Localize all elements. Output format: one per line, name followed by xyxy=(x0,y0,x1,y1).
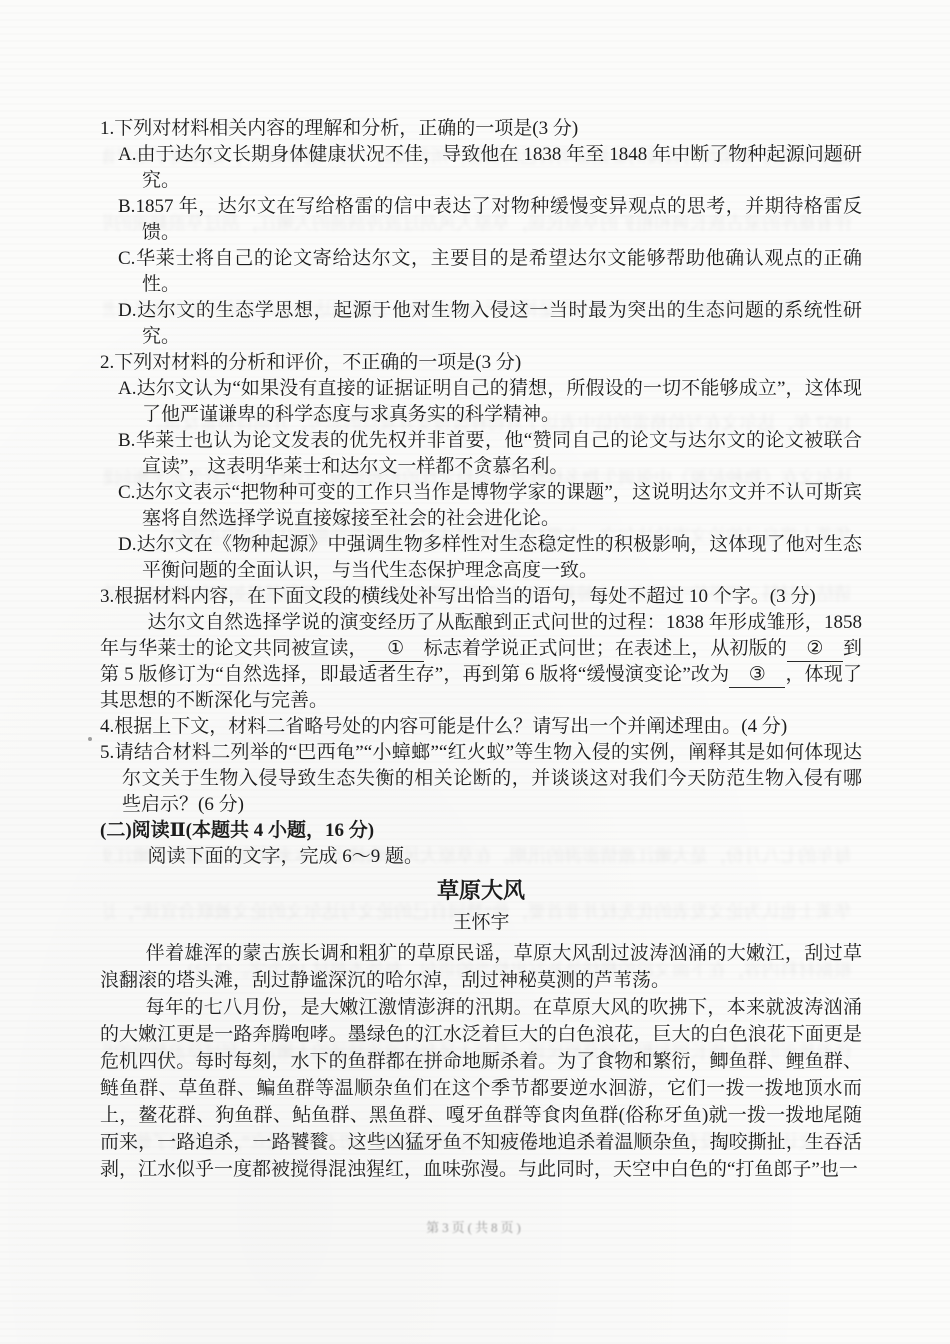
question-1-stem: 1.下列对材料相关内容的理解和分析，正确的一项是(3 分) xyxy=(100,116,862,142)
question-4-number: 4. xyxy=(100,716,114,737)
option-label: D. xyxy=(118,300,136,321)
option-label: A. xyxy=(118,144,136,165)
question-4-text: 根据上下文，材料二省略号处的内容可能是什么？请写出一个并阐述理由。(4 分) xyxy=(114,716,787,737)
question-1-number: 1. xyxy=(100,118,114,139)
option-label: B. xyxy=(118,430,135,451)
option-text: 达尔文认为“如果没有直接的证据证明自己的猜想，所假设的一切不能够成立”，这体现了… xyxy=(136,378,862,425)
option-text: 1857 年，达尔文在写给格雷的信中表达了对物种缓慢变异观点的思考，并期待格雷反… xyxy=(135,196,862,243)
option-label: C. xyxy=(118,248,135,269)
question-3-text: 根据材料内容，在下面文段的横线处补写出恰当的语句，每处不超过 10 个字。(3 … xyxy=(114,586,815,607)
question-5-text: 请结合材料二列举的“巴西龟”“小蟑螂”“红火蚁”等生物入侵的实例，阐释其是如何体… xyxy=(114,742,862,815)
question-5-stem: 5.请结合材料二列举的“巴西龟”“小蟑螂”“红火蚁”等生物入侵的实例，阐释其是如… xyxy=(100,740,862,818)
fill-blank-1: ① xyxy=(368,638,424,662)
question-3-number: 3. xyxy=(100,586,114,607)
question-2-option-b: B.华莱士也认为论文发表的优先权并非首要，他“赞同自己的论文与达尔文的论文被联合… xyxy=(100,428,862,480)
question-3-stem: 3.根据材料内容，在下面文段的横线处补写出恰当的语句，每处不超过 10 个字。(… xyxy=(100,584,862,610)
option-text: 华莱士将自己的论文寄给达尔文，主要目的是希望达尔文能够帮助他确认观点的正确性。 xyxy=(135,248,862,295)
question-2-number: 2. xyxy=(100,352,114,373)
question-1-option-b: B.1857 年，达尔文在写给格雷的信中表达了对物种缓慢变异观点的思考，并期待格… xyxy=(100,194,862,246)
essay-author: 王怀宇 xyxy=(100,909,862,937)
option-label: A. xyxy=(118,378,136,399)
section-2-heading: (二)阅读Ⅱ(本题共 4 小题，16 分) xyxy=(100,818,862,844)
question-4-stem: 4.根据上下文，材料二省略号处的内容可能是什么？请写出一个并阐述理由。(4 分) xyxy=(100,714,862,740)
question-1-option-d: D.达尔文的生态学思想，起源于他对生物入侵这一当时最为突出的生态问题的系统性研究… xyxy=(100,298,862,350)
question-2-option-d: D.达尔文在《物种起源》中强调生物多样性对生态稳定性的积极影响，这体现了他对生态… xyxy=(100,532,862,584)
section-2-instruction: 阅读下面的文字，完成 6～9 题。 xyxy=(100,844,862,870)
option-text: 达尔文表示“把物种可变的工作只当作是博物学家的课题”，这说明达尔文并不认可斯宾塞… xyxy=(135,482,862,529)
question-2-option-a: A.达尔文认为“如果没有直接的证据证明自己的猜想，所假设的一切不能够成立”，这体… xyxy=(100,376,862,428)
question-2-option-c: C.达尔文表示“把物种可变的工作只当作是博物学家的课题”，这说明达尔文并不认可斯… xyxy=(100,480,862,532)
page-footer: 第3页(共8页) xyxy=(0,1217,950,1236)
fill-segment: 标志着学说正式问世；在表述上，从初版的 xyxy=(424,638,787,659)
question-3-fill-passage: 达尔文自然选择学说的演变经历了从酝酿到正式问世的过程：1838 年形成雏形，18… xyxy=(100,610,862,714)
essay-paragraph-1: 伴着雄浑的蒙古族长调和粗犷的草原民谣，草原大风刮过波涛汹涌的大嫩江，刮过草浪翻滚… xyxy=(100,940,862,994)
option-label: D. xyxy=(118,534,136,555)
question-1-option-c: C.华莱士将自己的论文寄给达尔文，主要目的是希望达尔文能够帮助他确认观点的正确性… xyxy=(100,246,862,298)
essay-paragraph-2: 每年的七八月份，是大嫩江激情澎湃的汛期。在草原大风的吹拂下，本来就波涛汹涌的大嫩… xyxy=(100,994,862,1183)
option-label: B. xyxy=(118,196,135,217)
question-1-text: 下列对材料相关内容的理解和分析，正确的一项是(3 分) xyxy=(114,118,578,139)
option-label: C. xyxy=(118,482,135,503)
question-5-number: 5. xyxy=(100,742,114,763)
question-2-stem: 2.下列对材料的分析和评价，不正确的一项是(3 分) xyxy=(100,350,862,376)
question-2-text: 下列对材料的分析和评价，不正确的一项是(3 分) xyxy=(114,352,521,373)
option-text: 达尔文在《物种起源》中强调生物多样性对生态稳定性的积极影响，这体现了他对生态平衡… xyxy=(136,534,862,581)
essay-title: 草原大风 xyxy=(100,876,862,906)
fill-blank-3: ③ xyxy=(729,664,785,688)
exam-content: 1.下列对材料相关内容的理解和分析，正确的一项是(3 分) A.由于达尔文长期身… xyxy=(100,116,862,1183)
option-text: 华莱士也认为论文发表的优先权并非首要，他“赞同自己的论文与达尔文的论文被联合宣读… xyxy=(135,430,862,477)
fill-blank-2: ② xyxy=(787,638,843,662)
option-text: 达尔文的生态学思想，起源于他对生物入侵这一当时最为突出的生态问题的系统性研究。 xyxy=(136,300,862,347)
question-1-option-a: A.由于达尔文长期身体健康状况不佳，导致他在 1838 年至 1848 年中断了… xyxy=(100,142,862,194)
scan-speck-artifact xyxy=(88,737,92,741)
option-text: 由于达尔文长期身体健康状况不佳，导致他在 1838 年至 1848 年中断了物种… xyxy=(136,144,862,191)
